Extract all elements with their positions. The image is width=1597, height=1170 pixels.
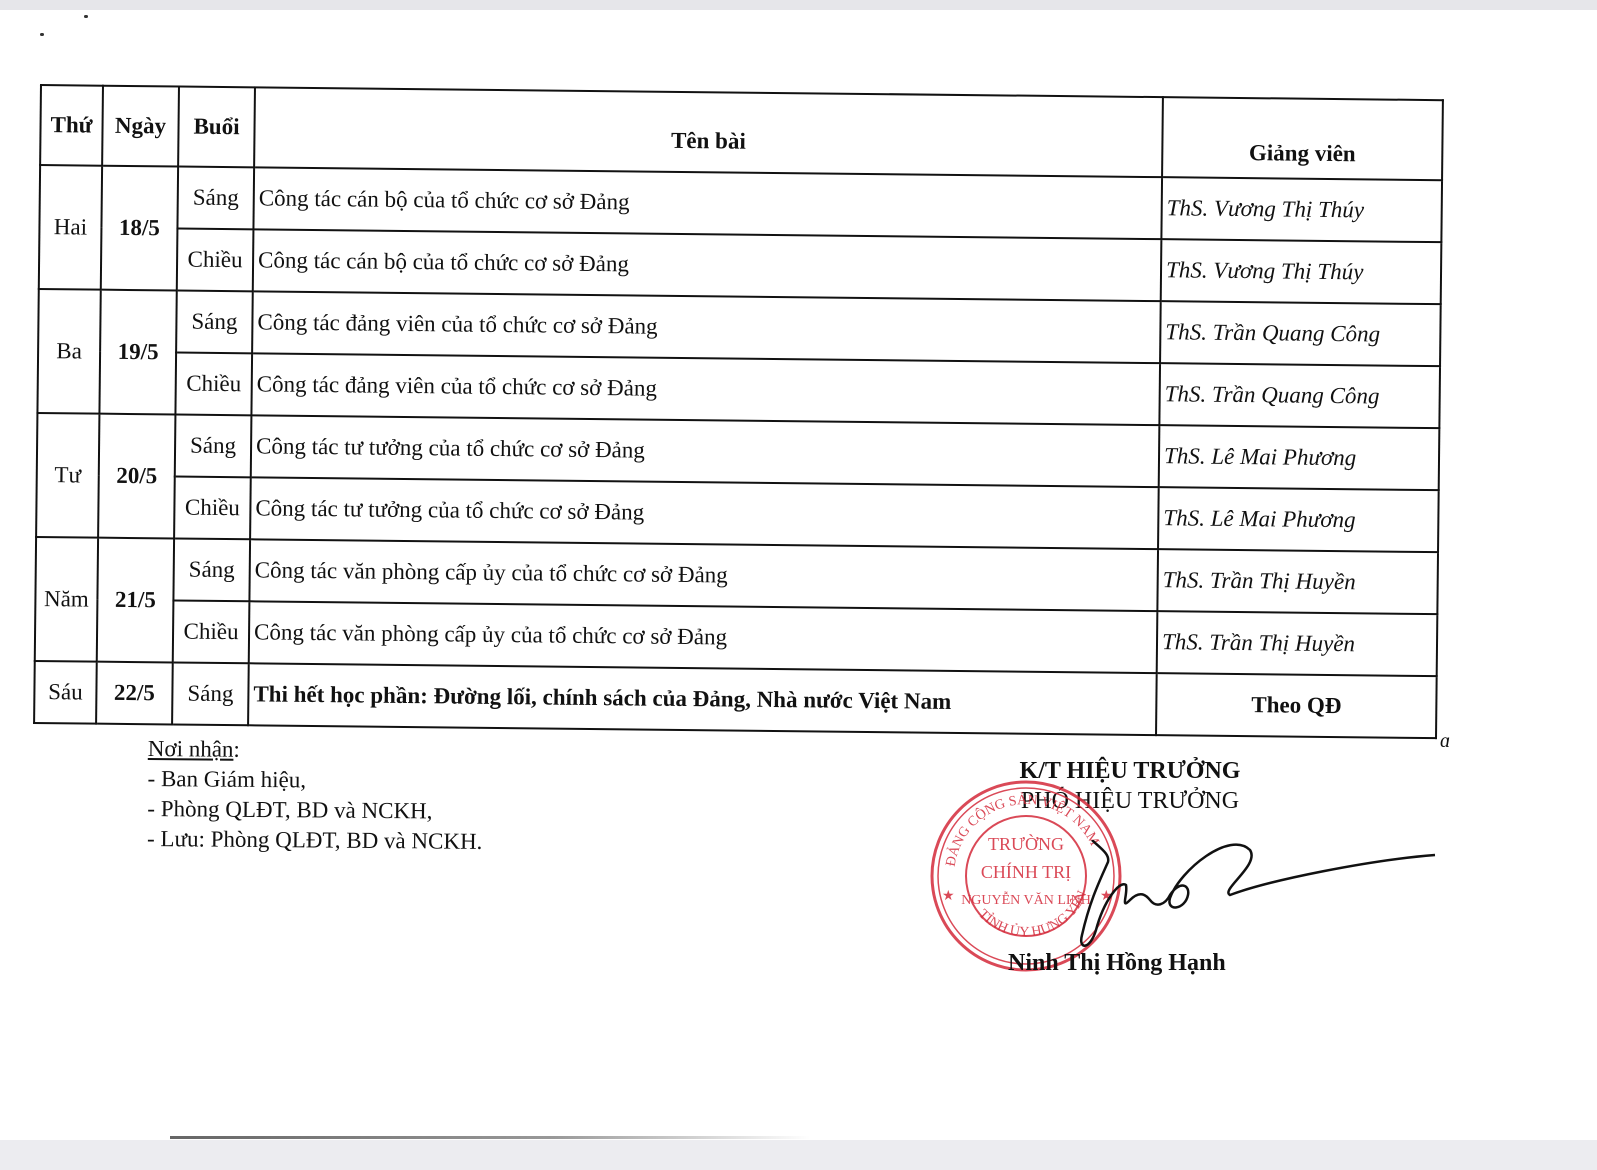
header-thu: Thứ bbox=[40, 85, 103, 166]
cell-giang-vien: ThS. Lê Mai Phương bbox=[1158, 487, 1439, 552]
recipients-title-colon: : bbox=[233, 737, 240, 762]
cell-ngay: 21/5 bbox=[97, 538, 174, 663]
cell-buoi: Chiều bbox=[177, 228, 254, 291]
bottom-edge bbox=[0, 1140, 1597, 1170]
schedule-table-wrapper: Thứ Ngày Buổi Tên bài Giảng viên Hai18/5… bbox=[33, 84, 1444, 739]
cell-buoi: Chiều bbox=[173, 600, 250, 663]
cell-ngay: 20/5 bbox=[98, 414, 175, 539]
recipient-item: - Lưu: Phòng QLĐT, BD và NCKH. bbox=[147, 824, 483, 857]
cell-giang-vien: ThS. Trần Thị Huyền bbox=[1157, 549, 1438, 614]
cell-giang-vien: ThS. Vương Thị Thúy bbox=[1161, 177, 1442, 242]
cell-ngay: 22/5 bbox=[96, 662, 173, 725]
cell-ten-bai: Công tác tư tưởng của tổ chức cơ sở Đảng bbox=[250, 477, 1159, 549]
signer-name: Ninh Thị Hồng Hạnh bbox=[1008, 950, 1226, 977]
cell-thu: Ba bbox=[37, 289, 100, 414]
header-ngay: Ngày bbox=[102, 86, 179, 167]
cell-giang-vien: Theo QĐ bbox=[1156, 673, 1437, 738]
recipients-title: Nơi nhận bbox=[148, 736, 234, 762]
cell-ten-bai: Công tác đảng viên của tổ chức cơ sở Đản… bbox=[252, 291, 1161, 363]
cell-thu: Tư bbox=[36, 413, 99, 538]
recipients-block: Nơi nhận: - Ban Giám hiệu, - Phòng QLĐT,… bbox=[147, 734, 483, 857]
speck bbox=[40, 33, 44, 36]
table-header-row: Thứ Ngày Buổi Tên bài Giảng viên bbox=[40, 85, 1443, 180]
speck bbox=[84, 15, 88, 18]
cell-ten-bai: Công tác văn phòng cấp ủy của tổ chức cơ… bbox=[249, 539, 1158, 611]
cell-ten-bai: Công tác đảng viên của tổ chức cơ sở Đản… bbox=[251, 353, 1160, 425]
cell-giang-vien: ThS. Vương Thị Thúy bbox=[1161, 239, 1442, 304]
cell-giang-vien: ThS. Trần Thị Huyền bbox=[1157, 611, 1438, 676]
cell-giang-vien: ThS. Lê Mai Phương bbox=[1159, 425, 1440, 490]
cell-buoi: Chiều bbox=[174, 476, 251, 539]
header-giang-vien: Giảng viên bbox=[1162, 97, 1443, 180]
handwritten-mark: ɑ bbox=[1440, 730, 1450, 753]
cell-ngay: 19/5 bbox=[99, 290, 176, 415]
cell-ten-bai: Thi hết học phần: Đường lối, chính sách … bbox=[248, 663, 1157, 735]
cell-ten-bai: Công tác cán bộ của tổ chức cơ sở Đảng bbox=[253, 167, 1162, 239]
cell-buoi: Sáng bbox=[176, 290, 253, 353]
cell-buoi: Sáng bbox=[173, 538, 250, 601]
header-ten-bai: Tên bài bbox=[254, 87, 1163, 177]
cell-buoi: Sáng bbox=[177, 166, 254, 229]
cell-thu: Sáu bbox=[34, 661, 97, 724]
recipient-item: - Phòng QLĐT, BD và NCKH, bbox=[147, 794, 483, 827]
cell-buoi: Chiều bbox=[175, 352, 252, 415]
cell-buoi: Sáng bbox=[175, 414, 252, 477]
top-edge bbox=[0, 0, 1597, 10]
cell-buoi: Sáng bbox=[172, 662, 249, 725]
cell-thu: Hai bbox=[39, 165, 102, 290]
cell-thu: Năm bbox=[35, 537, 98, 662]
svg-text:TRƯỜNG: TRƯỜNG bbox=[988, 833, 1064, 854]
cell-giang-vien: ThS. Trần Quang Công bbox=[1160, 301, 1441, 366]
cell-ngay: 18/5 bbox=[101, 166, 178, 291]
cell-ten-bai: Công tác cán bộ của tổ chức cơ sở Đảng bbox=[253, 229, 1162, 301]
svg-text:CHÍNH TRỊ: CHÍNH TRỊ bbox=[981, 861, 1071, 882]
scan-smudge bbox=[170, 1136, 810, 1139]
header-buoi: Buổi bbox=[178, 87, 255, 168]
cell-ten-bai: Công tác văn phòng cấp ủy của tổ chức cơ… bbox=[249, 601, 1158, 673]
schedule-table: Thứ Ngày Buổi Tên bài Giảng viên Hai18/5… bbox=[33, 84, 1444, 739]
recipient-item: - Ban Giám hiệu, bbox=[147, 764, 483, 797]
cell-ten-bai: Công tác tư tưởng của tổ chức cơ sở Đảng bbox=[251, 415, 1160, 487]
svg-text:★: ★ bbox=[942, 889, 955, 904]
cell-giang-vien: ThS. Trần Quang Công bbox=[1159, 363, 1440, 428]
